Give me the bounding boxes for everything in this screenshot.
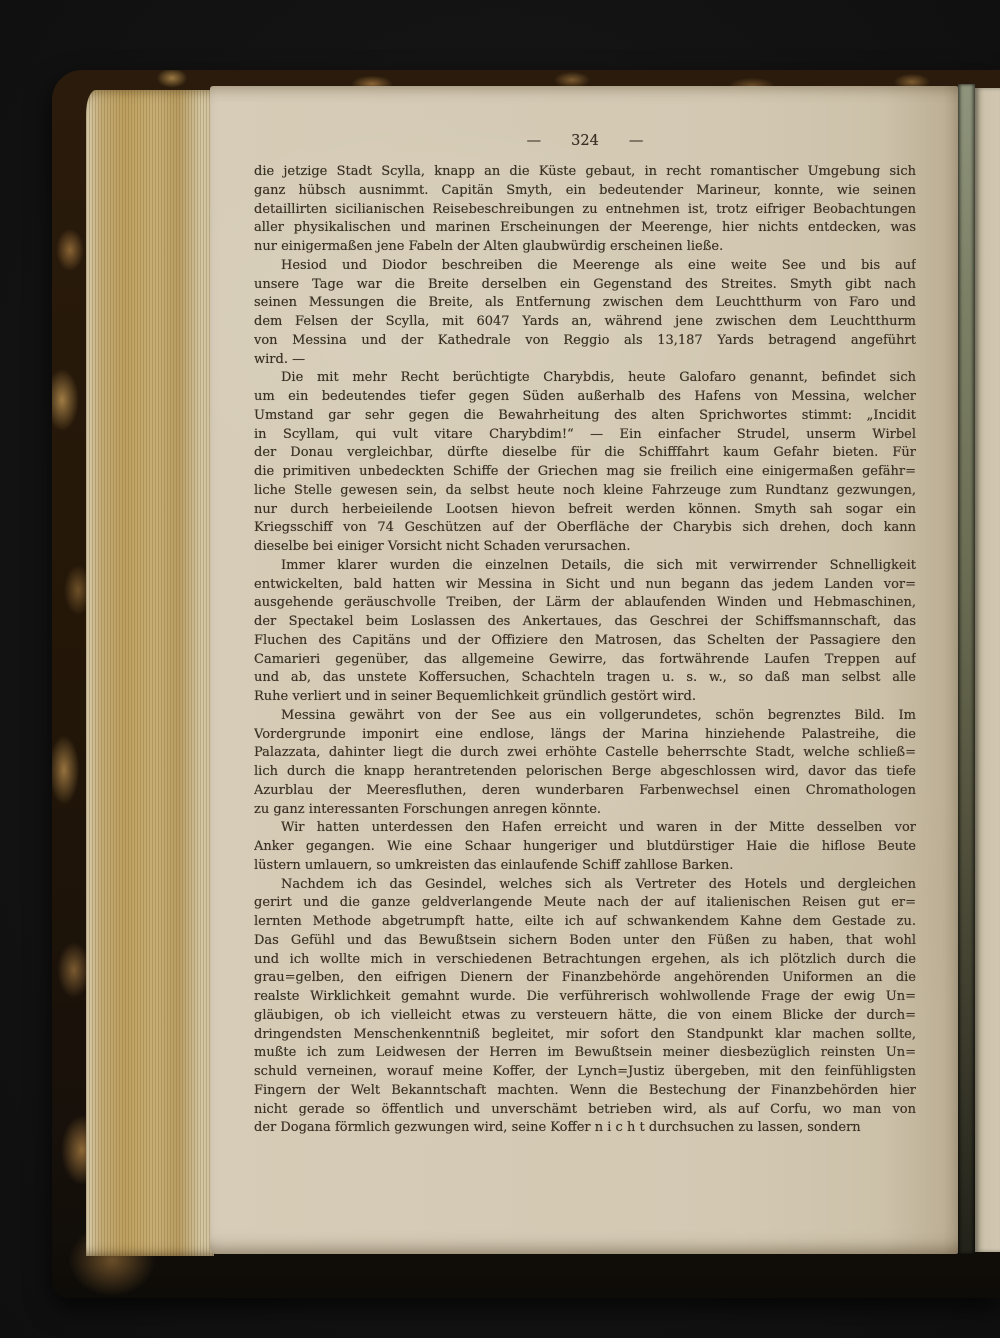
text-line: Umstand gar sehr gegen die Bewahrheitung… xyxy=(254,407,916,426)
text-line: Nachdem ich das Gesindel, welches sich a… xyxy=(254,876,916,895)
text-line: grau=gelben, den eifrigen Dienern der Fi… xyxy=(254,969,916,988)
text-line: nur durch herbeieilende Lootsen hievon b… xyxy=(254,501,916,520)
text-line: realste Wirklichkeit gemahnt wurde. Die … xyxy=(254,988,916,1007)
text-line: seinen Messungen die Breite, als Entfern… xyxy=(254,294,916,313)
header-dash-left: — xyxy=(527,133,542,149)
text-line: ausgehende geräuschvolle Treiben, der Lä… xyxy=(254,594,916,613)
text-line: lich durch die knapp herantretenden pelo… xyxy=(254,763,916,782)
text-line: zu ganz interessanten Forschungen anrege… xyxy=(254,801,916,820)
page-header: — 324 — xyxy=(254,133,916,149)
text-line: liche Stelle gewesen sein, da selbst heu… xyxy=(254,482,916,501)
page-edges-stack xyxy=(86,90,214,1256)
text-line: und ab, das unstete Koffersuchen, Schach… xyxy=(254,669,916,688)
page-number: 324 xyxy=(571,133,599,149)
binding-gutter xyxy=(958,84,975,1254)
text-line: in Scyllam, qui vult vitare Charybdim!“ … xyxy=(254,426,916,445)
text-line: Azurblau der Meeresfluthen, deren wunder… xyxy=(254,782,916,801)
text-line: Anker gegangen. Wie eine Schaar hungerig… xyxy=(254,838,916,857)
text-line: Das Gefühl und das Bewußtsein sichern Bo… xyxy=(254,932,916,951)
text-line: der Donau vergleichbar, dürfte dieselbe … xyxy=(254,444,916,463)
text-line: Palazzata, dahinter liegt die durch zwei… xyxy=(254,744,916,763)
text-line: unsere Tage war die Breite derselben ein… xyxy=(254,276,916,295)
text-line: Kriegsschiff von 74 Geschützen auf der O… xyxy=(254,519,916,538)
text-line: dringendsten Menschenkenntniß begleitet,… xyxy=(254,1026,916,1045)
text-line: wird. — xyxy=(254,351,916,370)
text-line: nur einigermaßen jene Fabeln der Alten g… xyxy=(254,238,916,257)
text-line: der Dogana förmlich gezwungen wird, sein… xyxy=(254,1119,916,1138)
text-line: ganz hübsch ausnimmt. Capitän Smyth, ein… xyxy=(254,182,916,201)
text-line: der Spectakel beim Loslassen des Ankerta… xyxy=(254,613,916,632)
header-dash-right: — xyxy=(629,133,644,149)
text-line: dem Felsen der Scylla, mit 6047 Yards an… xyxy=(254,313,916,332)
text-line: schuld verneinen, worauf meine Koffer, d… xyxy=(254,1063,916,1082)
text-line: Fingern der Welt Bekanntschaft machten. … xyxy=(254,1082,916,1101)
text-line: gläubigen, ob ich vielleicht etwas zu ve… xyxy=(254,1007,916,1026)
text-block: die jetzige Stadt Scylla, knapp an die K… xyxy=(254,163,916,1138)
text-line: die primitiven unbedeckten Schiffe der G… xyxy=(254,463,916,482)
text-line: aller physikalischen und marinen Erschei… xyxy=(254,219,916,238)
facing-page-edge xyxy=(975,88,1000,1252)
text-line: Wir hatten unterdessen den Hafen erreich… xyxy=(254,819,916,838)
text-line: nicht gerade so öffentlich und unverschä… xyxy=(254,1101,916,1120)
text-line: Hesiod und Diodor beschreiben die Meeren… xyxy=(254,257,916,276)
text-line: dieselbe bei einiger Vorsicht nicht Scha… xyxy=(254,538,916,557)
text-line: Immer klarer wurden die einzelnen Detail… xyxy=(254,557,916,576)
text-line: Die mit mehr Recht berüchtigte Charybdis… xyxy=(254,369,916,388)
text-line: Ruhe verliert und in seiner Bequemlichke… xyxy=(254,688,916,707)
text-line: Fluchen des Capitäns und der Offiziere d… xyxy=(254,632,916,651)
text-line: Messina gewährt von der See aus ein voll… xyxy=(254,707,916,726)
text-line: von Messina und der Kathedrale von Reggi… xyxy=(254,332,916,351)
text-line: entwickelten, bald hatten wir Messina in… xyxy=(254,576,916,595)
text-line: detaillirten sicilianischen Reisebeschre… xyxy=(254,201,916,220)
text-line: lüstern umlauern, so umkreisten das einl… xyxy=(254,857,916,876)
text-line: die jetzige Stadt Scylla, knapp an die K… xyxy=(254,163,916,182)
book-page: — 324 — die jetzige Stadt Scylla, knapp … xyxy=(210,86,958,1254)
text-line: mußte ich zum Leidwesen der Herren im Be… xyxy=(254,1044,916,1063)
text-line: lernten Methode abgetrumpft hatte, eilte… xyxy=(254,913,916,932)
text-line: um ein bedeutendes tiefer gegen Süden au… xyxy=(254,388,916,407)
text-line: gerirt und die ganze geldverlangende Meu… xyxy=(254,894,916,913)
text-line: Camarieri gegenüber, das allgemeine Gewi… xyxy=(254,651,916,670)
text-line: und ich wollte mich in verschiedenen Bet… xyxy=(254,951,916,970)
photo-background: — 324 — die jetzige Stadt Scylla, knapp … xyxy=(0,0,1000,1338)
text-line: Vordergrunde imponirt eine endlose, läng… xyxy=(254,726,916,745)
